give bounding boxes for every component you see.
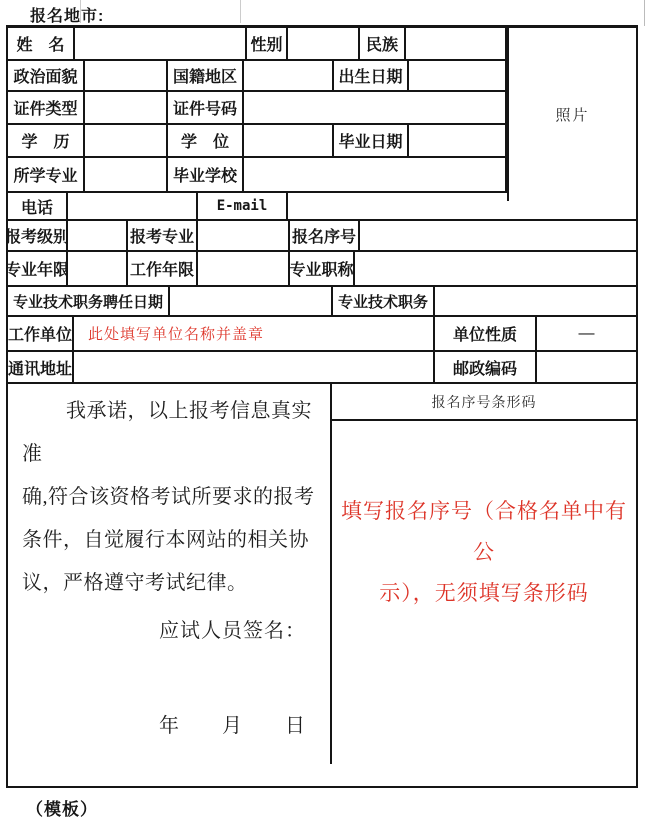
mailing-address-field[interactable] [74, 352, 435, 382]
pledge-text: 我承诺，以上报考信息真实准 确,符合该资格考试所要求的报考 条件，自觉履行本网站… [22, 390, 326, 605]
id-type-label: 证件类型 [8, 92, 85, 123]
major-studied-field[interactable] [85, 158, 168, 191]
tech-post-hire-date-label: 专业技术职务聘任日期 [8, 287, 170, 315]
phone-field[interactable] [68, 193, 198, 219]
nationality-region-label: 国籍地区 [168, 61, 244, 90]
unit-type-field[interactable]: — [537, 317, 636, 350]
photo-placeholder[interactable]: 照片 [507, 28, 636, 201]
region-city-label: 报名地市: [30, 3, 104, 26]
graduation-date-label: 毕业日期 [334, 125, 409, 156]
ethnicity-field[interactable] [406, 28, 507, 59]
pledge-line: 条件，自觉履行本网站的相关协 [22, 519, 326, 562]
id-number-label: 证件号码 [168, 92, 244, 123]
professional-title-label: 专业职称 [290, 252, 355, 285]
tech-post-field[interactable] [435, 287, 636, 315]
nationality-region-field[interactable] [244, 61, 334, 90]
row-tech-post: 专业技术职务聘任日期 专业技术职务 [8, 287, 636, 317]
pledge-line: 议，严格遵守考试纪律。 [22, 562, 326, 605]
birth-date-label: 出生日期 [334, 61, 409, 90]
unit-type-label: 单位性质 [435, 317, 537, 350]
barcode-cell: 报名序号条形码 填写报名序号（合格名单中有公 示），无须填写条形码 [332, 384, 636, 764]
date-fill-line[interactable]: 年 月 日 [159, 709, 306, 738]
signature-label[interactable]: 应试人员签名： [159, 614, 306, 643]
row-exam: 报考级别 报考专业 报名序号 [8, 221, 636, 252]
education-field[interactable] [85, 125, 168, 156]
id-type-field[interactable] [85, 92, 168, 123]
major-studied-label: 所学专业 [8, 158, 85, 191]
phone-label: 电话 [8, 193, 68, 219]
row-work-unit: 工作单位 此处填写单位名称并盖章 单位性质 — [8, 317, 636, 352]
barcode-note: 填写报名序号（合格名单中有公 示），无须填写条形码 [332, 421, 636, 764]
gender-label: 性别 [247, 28, 288, 59]
professional-title-field[interactable] [355, 252, 636, 285]
bottom-section: 我承诺，以上报考信息真实准 确,符合该资格考试所要求的报考 条件，自觉履行本网站… [8, 384, 636, 764]
ethnicity-label: 民族 [360, 28, 406, 59]
exam-level-field[interactable] [68, 221, 128, 250]
scan-artifact-line [240, 0, 241, 23]
barcode-note-line: 示），无须填写条形码 [379, 573, 589, 614]
education-label: 学 历 [8, 125, 85, 156]
graduation-school-label: 毕业学校 [168, 158, 244, 191]
barcode-header-label: 报名序号条形码 [332, 384, 636, 421]
registration-number-label: 报名序号 [290, 221, 360, 250]
political-status-field[interactable] [85, 61, 168, 90]
birth-date-field[interactable] [409, 61, 507, 90]
row-years: 专业年限 工作年限 专业职称 [8, 252, 636, 287]
template-footer-note: （模板） [26, 795, 98, 820]
barcode-note-line: 填写报名序号（合格名单中有公 [332, 491, 636, 573]
pledge-line: 我承诺，以上报考信息真实准 [22, 390, 326, 476]
exam-major-field[interactable] [198, 221, 290, 250]
political-status-label: 政治面貌 [8, 61, 85, 90]
registration-form-table: 姓 名 性别 民族 政治面貌 国籍地区 出生日期 证件类型 证件号码 [6, 25, 638, 788]
graduation-date-field[interactable] [409, 125, 507, 156]
postal-code-label: 邮政编码 [435, 352, 537, 382]
professional-years-label: 专业年限 [8, 252, 68, 285]
name-field[interactable] [75, 28, 247, 59]
registration-number-field[interactable] [360, 221, 636, 250]
pledge-line: 确,符合该资格考试所要求的报考 [22, 476, 326, 519]
pledge-cell: 我承诺，以上报考信息真实准 确,符合该资格考试所要求的报考 条件，自觉履行本网站… [8, 384, 332, 764]
gender-field[interactable] [288, 28, 360, 59]
degree-label: 学 位 [168, 125, 244, 156]
degree-field[interactable] [244, 125, 334, 156]
work-unit-label: 工作单位 [8, 317, 74, 350]
name-label: 姓 名 [8, 28, 75, 59]
email-label: E-mail [198, 193, 288, 219]
id-number-field[interactable] [244, 92, 507, 123]
exam-major-label: 报考专业 [128, 221, 198, 250]
exam-level-label: 报考级别 [8, 221, 68, 250]
professional-years-field[interactable] [68, 252, 128, 285]
tech-post-label: 专业技术职务 [333, 287, 435, 315]
work-years-field[interactable] [198, 252, 290, 285]
work-unit-field[interactable]: 此处填写单位名称并盖章 [74, 317, 435, 350]
scan-artifact-line [644, 0, 645, 26]
work-years-label: 工作年限 [128, 252, 198, 285]
row-address: 通讯地址 邮政编码 [8, 352, 636, 384]
scan-artifact-line [80, 0, 81, 23]
postal-code-field[interactable] [537, 352, 636, 382]
graduation-school-field[interactable] [244, 158, 507, 191]
tech-post-hire-date-field[interactable] [170, 287, 333, 315]
mailing-address-label: 通讯地址 [8, 352, 74, 382]
